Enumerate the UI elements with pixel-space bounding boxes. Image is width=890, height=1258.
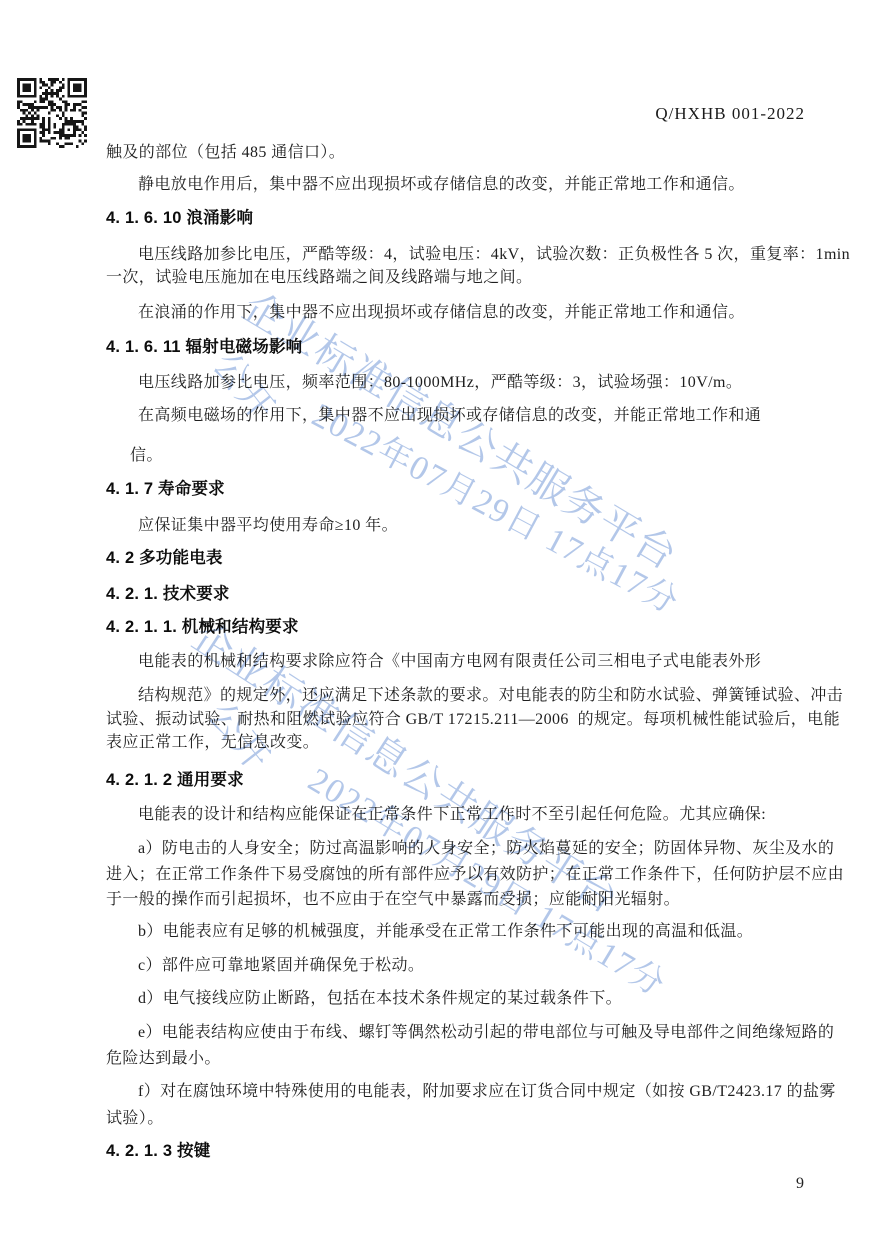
text-line: 一次，试验电压施加在电压线路端之间及线路端与地之间。 — [106, 268, 532, 287]
text-line: 静电放电作用后，集中器不应出现损坏或存储信息的改变，并能正常地工作和通信。 — [138, 175, 745, 194]
text-line: 于一般的操作而引起损坏，也不应由于在空气中暴露而受损；应能耐阳光辐射。 — [106, 890, 680, 909]
text-line: 应保证集中器平均使用寿命≥10 年。 — [138, 516, 398, 535]
section-heading: 4. 1. 6. 11 辐射电磁场影响 — [106, 338, 302, 357]
document-page: Q/HXHB 001-2022 触及的部位（包括 485 通信口）。静电放电作用… — [0, 0, 890, 1258]
text-line: e）电能表结构应使由于布线、螺钉等偶然松动引起的带电部位与可触及导电部件之间绝缘… — [138, 1023, 834, 1042]
qr-code-image — [17, 78, 87, 148]
text-line: 触及的部位（包括 485 通信口）。 — [106, 143, 345, 162]
text-line: 电压线路加参比电压，频率范围：80-1000MHz，严酷等级：3，试验场强：10… — [138, 373, 742, 392]
section-heading: 4. 1. 6. 10 浪涌影响 — [106, 209, 253, 228]
section-heading: 4. 2. 1. 3 按键 — [106, 1142, 210, 1161]
text-line: 在高频电磁场的作用下，集中器不应出现损坏或存储信息的改变，并能正常地工作和通 — [138, 406, 761, 425]
text-line: 电能表的机械和结构要求除应符合《中国南方电网有限责任公司三相电子式电能表外形 — [138, 652, 761, 671]
text-line: 电能表的设计和结构应能保证在正常条件下正常工作时不至引起任何危险。尤其应确保: — [138, 805, 766, 824]
text-line: c）部件应可靠地紧固并确保免于松动。 — [138, 956, 424, 975]
text-line: 危险达到最小。 — [106, 1049, 221, 1068]
text-line: 结构规范》的规定外，还应满足下述条款的要求。对电能表的防尘和防水试验、弹簧锤试验… — [138, 686, 843, 705]
text-line: 试验、振动试验、耐热和阻燃试验应符合 GB/T 17215.211—2006 的… — [106, 710, 840, 729]
text-line: f）对在腐蚀环境中特殊使用的电能表，附加要求应在订货合同中规定（如按 GB/T2… — [138, 1082, 836, 1101]
document-code-header: Q/HXHB 001-2022 — [655, 104, 805, 124]
text-line: 电压线路加参比电压，严酷等级：4，试验电压：4kV，试验次数：正负极性各 5 次… — [138, 245, 850, 264]
text-line: 表应正常工作，无信息改变。 — [106, 733, 319, 752]
text-line: 在浪涌的作用下，集中器不应出现损坏或存储信息的改变，并能正常地工作和通信。 — [138, 303, 745, 322]
section-heading: 4. 1. 7 寿命要求 — [106, 480, 225, 499]
text-line: 试验）。 — [106, 1109, 164, 1128]
text-line: a）防电击的人身安全；防过高温影响的人身安全；防火焰蔓延的安全；防固体异物、灰尘… — [138, 839, 834, 858]
section-heading: 4. 2 多功能电表 — [106, 549, 223, 568]
text-line: d）电气接线应防止断路，包括在本技术条件规定的某过载条件下。 — [138, 989, 622, 1008]
section-heading: 4. 2. 1. 2 通用要求 — [106, 771, 244, 790]
text-line: b）电能表应有足够的机械强度，并能承受在正常工作条件下可能出现的高温和低温。 — [138, 922, 753, 941]
section-heading: 4. 2. 1. 技术要求 — [106, 585, 230, 604]
text-line: 信。 — [130, 446, 163, 465]
qr-code — [17, 78, 87, 148]
page-number: 9 — [796, 1175, 804, 1193]
text-line: 进入；在正常工作条件下易受腐蚀的所有部件应予以有效防护；在正常工作条件下，任何防… — [106, 865, 844, 884]
section-heading: 4. 2. 1. 1. 机械和结构要求 — [106, 618, 299, 637]
